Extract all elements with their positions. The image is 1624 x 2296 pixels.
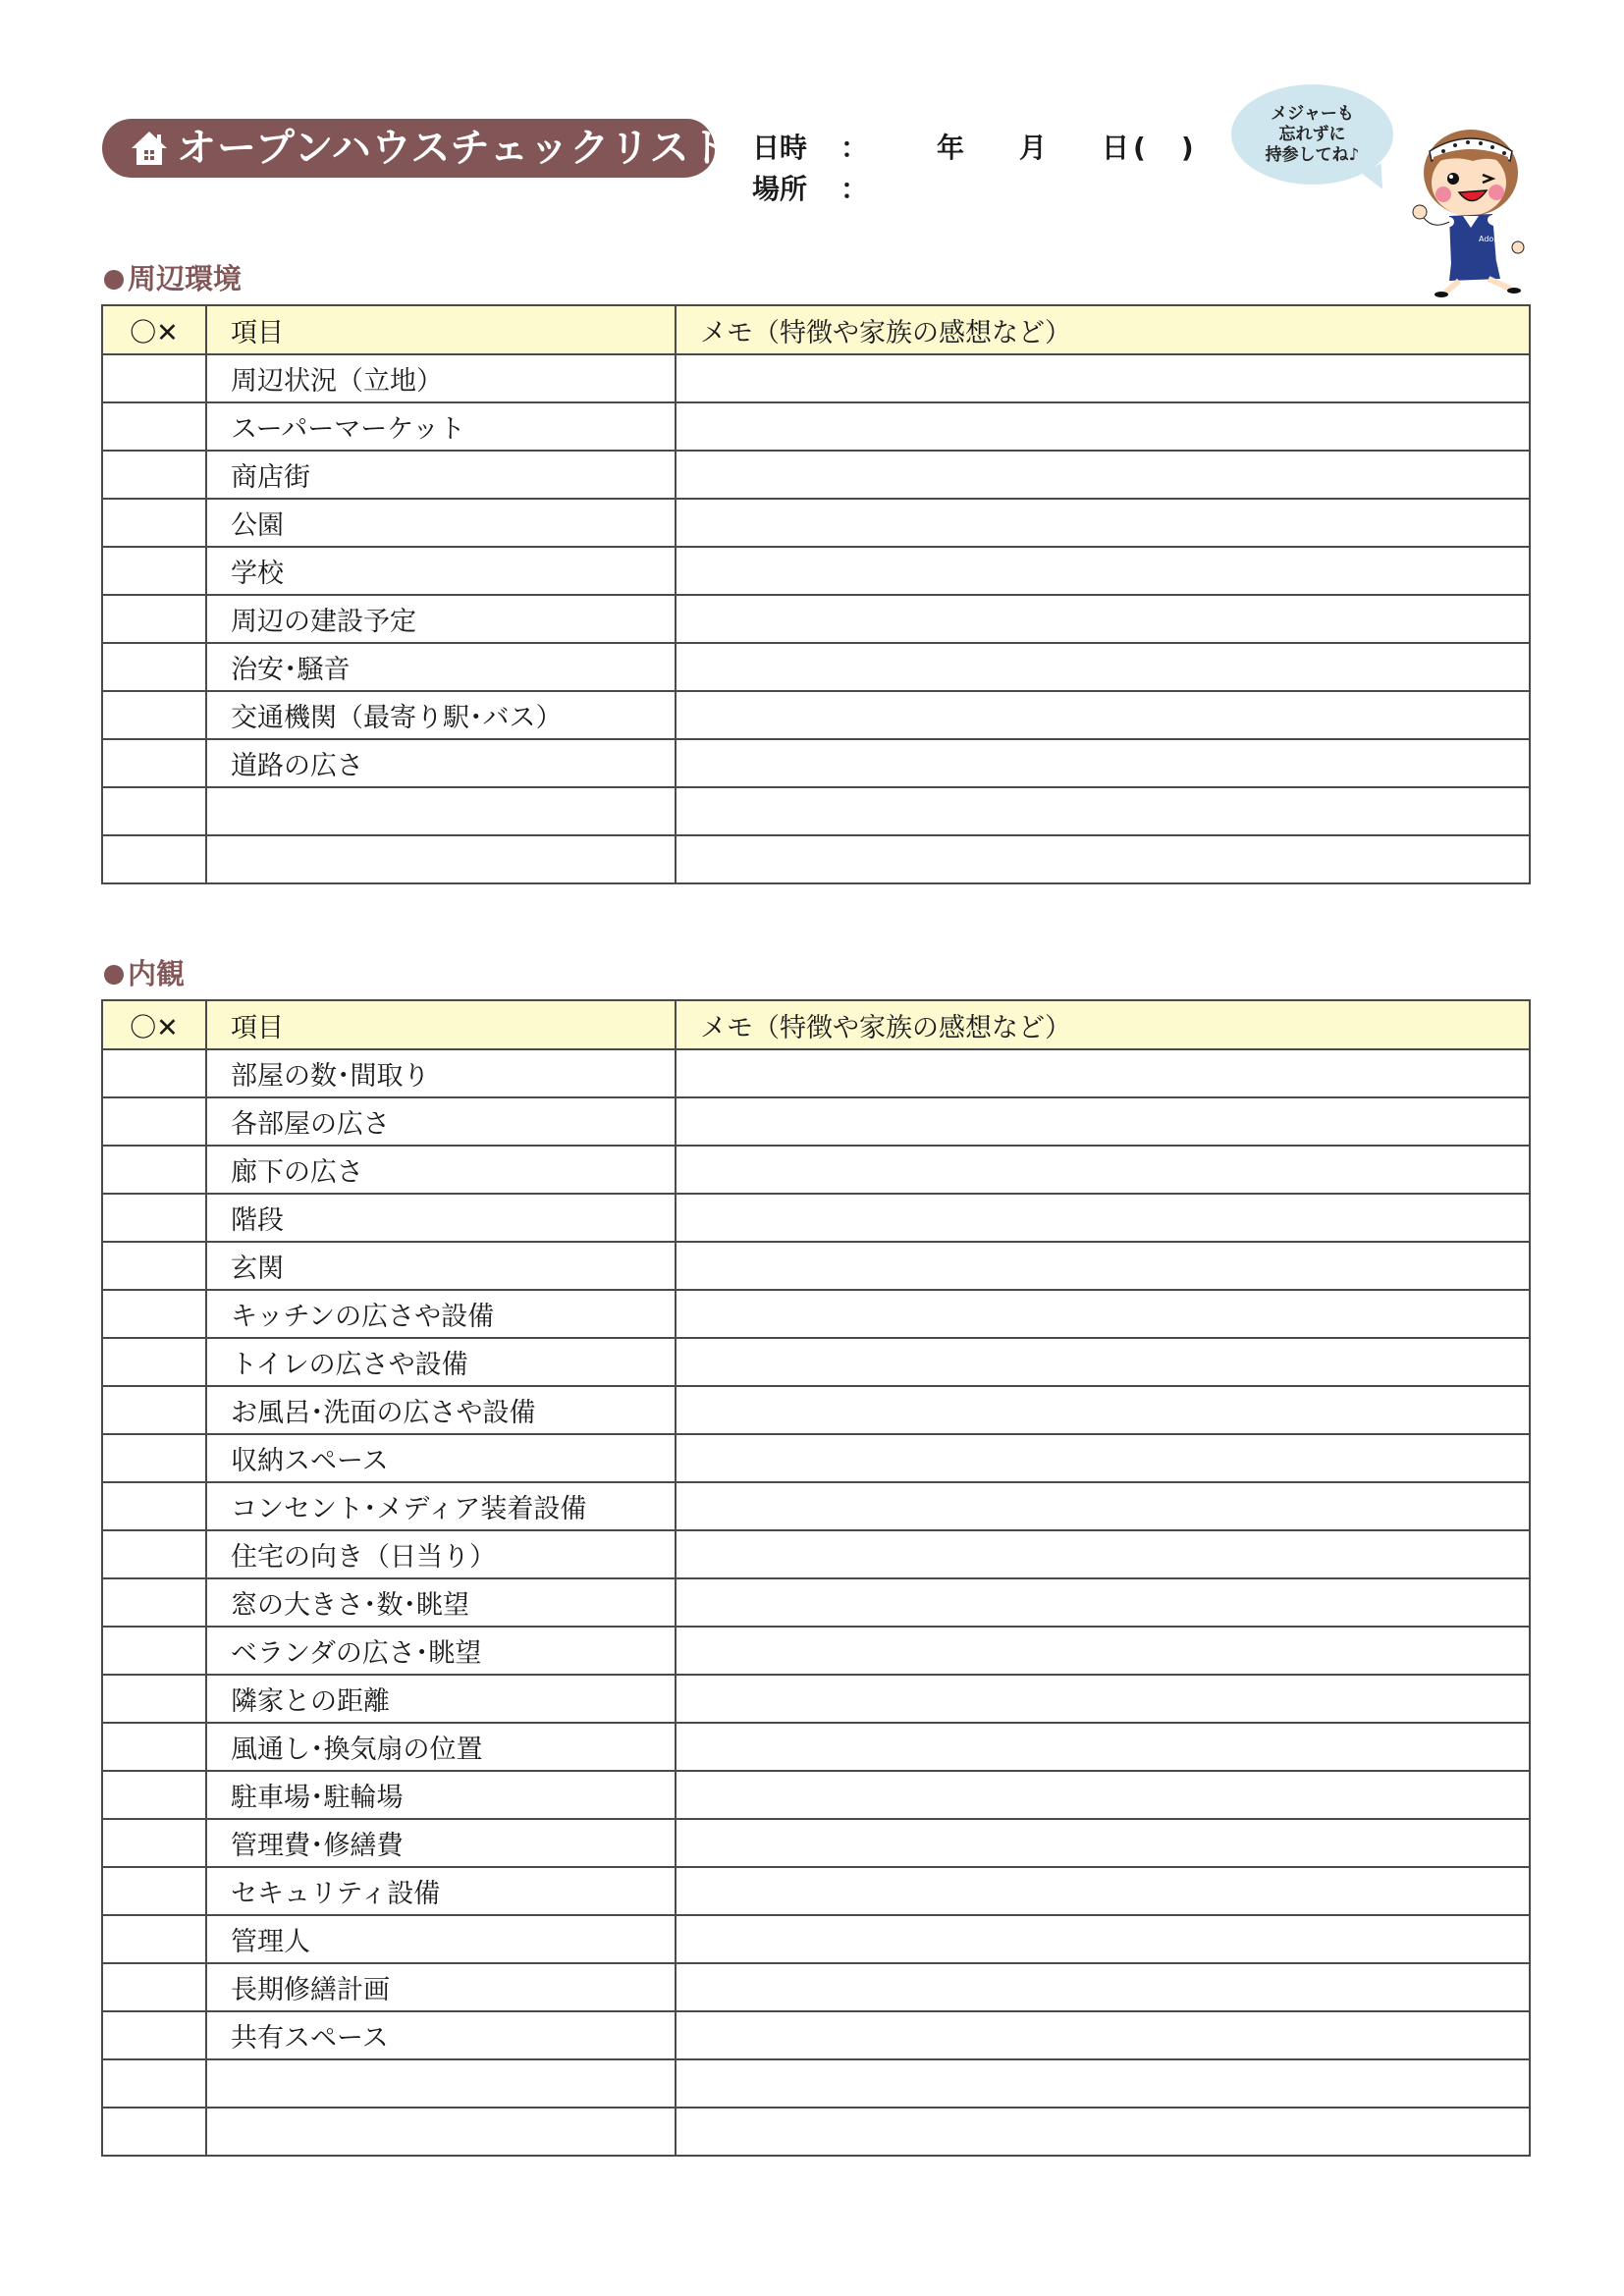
- mark-cell[interactable]: [102, 1819, 206, 1867]
- mascot-illustration: Adomi: [1394, 116, 1532, 297]
- checklist-table-surroundings: 〇✕ 項目 メモ（特徴や家族の感想など） 周辺状況（立地）スーパーマーケット商店…: [101, 304, 1531, 884]
- table-row: 道路の広さ: [102, 739, 1530, 787]
- mark-cell[interactable]: [102, 402, 206, 451]
- memo-cell[interactable]: [676, 787, 1530, 835]
- item-cell: 各部屋の広さ: [206, 1097, 676, 1146]
- mark-cell[interactable]: [102, 1578, 206, 1627]
- column-header-item: 項目: [206, 305, 676, 354]
- table-row: セキュリティ設備: [102, 1867, 1530, 1915]
- table-header-row: 〇✕ 項目 メモ（特徴や家族の感想など）: [102, 1000, 1530, 1049]
- item-cell: スーパーマーケット: [206, 402, 676, 451]
- memo-cell[interactable]: [676, 354, 1530, 402]
- table-row: [102, 2059, 1530, 2108]
- item-cell: 玄関: [206, 1242, 676, 1290]
- item-cell: 長期修繕計画: [206, 1963, 676, 2011]
- table-row: お風呂･洗面の広さや設備: [102, 1386, 1530, 1434]
- table-row: 玄関: [102, 1242, 1530, 1290]
- mark-cell[interactable]: [102, 835, 206, 883]
- memo-cell[interactable]: [676, 643, 1530, 691]
- table-row: [102, 787, 1530, 835]
- mark-cell[interactable]: [102, 547, 206, 595]
- table-row: 商店街: [102, 451, 1530, 499]
- table-row: 公園: [102, 499, 1530, 547]
- mark-cell[interactable]: [102, 2059, 206, 2108]
- table-row: [102, 2108, 1530, 2156]
- memo-cell[interactable]: [676, 1482, 1530, 1530]
- table-header-row: 〇✕ 項目 メモ（特徴や家族の感想など）: [102, 305, 1530, 354]
- mark-cell[interactable]: [102, 643, 206, 691]
- item-cell: トイレの広さや設備: [206, 1338, 676, 1386]
- item-cell: [206, 2059, 676, 2108]
- mark-cell[interactable]: [102, 2108, 206, 2156]
- mark-cell[interactable]: [102, 1915, 206, 1963]
- table-row: 窓の大きさ･数･眺望: [102, 1578, 1530, 1627]
- mark-cell[interactable]: [102, 451, 206, 499]
- table-row: 住宅の向き（日当り）: [102, 1530, 1530, 1578]
- item-cell: 収納スペース: [206, 1434, 676, 1482]
- memo-cell[interactable]: [676, 1578, 1530, 1627]
- page-title-banner: オープンハウスチェックリスト: [102, 119, 715, 178]
- item-cell: 階段: [206, 1194, 676, 1242]
- memo-cell[interactable]: [676, 1915, 1530, 1963]
- item-cell: 駐車場･駐輪場: [206, 1771, 676, 1819]
- mark-cell[interactable]: [102, 739, 206, 787]
- memo-cell[interactable]: [676, 2059, 1530, 2108]
- memo-cell[interactable]: [676, 1963, 1530, 2011]
- item-cell: コンセント･メディア装着設備: [206, 1482, 676, 1530]
- mark-cell[interactable]: [102, 1290, 206, 1338]
- bubble-line-3: 持参してね♪: [1266, 145, 1360, 166]
- item-cell: 周辺状況（立地）: [206, 354, 676, 402]
- mark-cell[interactable]: [102, 1146, 206, 1194]
- section-heading-interior: 内観: [104, 960, 185, 988]
- mark-cell[interactable]: [102, 1530, 206, 1578]
- mark-cell[interactable]: [102, 1097, 206, 1146]
- memo-cell[interactable]: [676, 1819, 1530, 1867]
- item-cell: 部屋の数･間取り: [206, 1049, 676, 1097]
- table-row: 階段: [102, 1194, 1530, 1242]
- bullet-icon: [104, 270, 124, 290]
- memo-cell[interactable]: [676, 1675, 1530, 1723]
- meta-fields: 日時 ： 年 月 日 ( ) 場所 ：: [752, 128, 1194, 210]
- memo-cell[interactable]: [676, 1434, 1530, 1482]
- page-title: オープンハウスチェックリスト: [177, 129, 731, 168]
- memo-cell[interactable]: [676, 595, 1530, 643]
- table-row: [102, 835, 1530, 883]
- memo-cell[interactable]: [676, 1723, 1530, 1771]
- table-row: 部屋の数･間取り: [102, 1049, 1530, 1097]
- memo-cell[interactable]: [676, 499, 1530, 547]
- column-header-memo: メモ（特徴や家族の感想など）: [676, 1000, 1530, 1049]
- house-icon: [130, 129, 169, 168]
- memo-cell[interactable]: [676, 1386, 1530, 1434]
- table-row: 治安･騒音: [102, 643, 1530, 691]
- table-row: トイレの広さや設備: [102, 1338, 1530, 1386]
- place-row: 場所 ：: [752, 169, 1194, 210]
- memo-cell[interactable]: [676, 1290, 1530, 1338]
- item-cell: [206, 787, 676, 835]
- table-row: キッチンの広さや設備: [102, 1290, 1530, 1338]
- day-label[interactable]: 日: [1102, 128, 1129, 169]
- memo-cell[interactable]: [676, 1867, 1530, 1915]
- table-row: 管理人: [102, 1915, 1530, 1963]
- weekday-close: ): [1181, 128, 1194, 169]
- table-row: 共有スペース: [102, 2011, 1530, 2059]
- item-cell: お風呂･洗面の広さや設備: [206, 1386, 676, 1434]
- section-heading-surroundings: 周辺環境: [104, 265, 242, 294]
- item-cell: 交通機関（最寄り駅･バス）: [206, 691, 676, 739]
- item-cell: 住宅の向き（日当り）: [206, 1530, 676, 1578]
- table-row: スーパーマーケット: [102, 402, 1530, 451]
- column-header-mark: 〇✕: [102, 305, 206, 354]
- memo-cell[interactable]: [676, 451, 1530, 499]
- table-row: ベランダの広さ･眺望: [102, 1627, 1530, 1675]
- checklist-table-interior: 〇✕ 項目 メモ（特徴や家族の感想など） 部屋の数･間取り各部屋の広さ廊下の広さ…: [101, 999, 1531, 2157]
- datetime-colon: ：: [840, 128, 880, 169]
- mark-cell[interactable]: [102, 1963, 206, 2011]
- item-cell: 管理費･修繕費: [206, 1819, 676, 1867]
- memo-cell[interactable]: [676, 1242, 1530, 1290]
- mark-cell[interactable]: [102, 1627, 206, 1675]
- item-cell: 周辺の建設予定: [206, 595, 676, 643]
- mark-cell[interactable]: [102, 499, 206, 547]
- mark-cell[interactable]: [102, 1338, 206, 1386]
- weekday-open: (: [1133, 128, 1146, 169]
- mark-cell[interactable]: [102, 595, 206, 643]
- item-cell: [206, 835, 676, 883]
- item-cell: セキュリティ設備: [206, 1867, 676, 1915]
- item-cell: 商店街: [206, 451, 676, 499]
- table-row: 廊下の広さ: [102, 1146, 1530, 1194]
- mark-cell[interactable]: [102, 354, 206, 402]
- place-colon[interactable]: ：: [840, 169, 880, 210]
- table-row: 各部屋の広さ: [102, 1097, 1530, 1146]
- item-cell: 窓の大きさ･数･眺望: [206, 1578, 676, 1627]
- bubble-line-1: メジャーも: [1271, 104, 1354, 125]
- table-row: コンセント･メディア装着設備: [102, 1482, 1530, 1530]
- memo-cell[interactable]: [676, 1338, 1530, 1386]
- table-row: 収納スペース: [102, 1434, 1530, 1482]
- item-cell: 管理人: [206, 1915, 676, 1963]
- column-header-item: 項目: [206, 1000, 676, 1049]
- column-header-memo: メモ（特徴や家族の感想など）: [676, 305, 1530, 354]
- table-row: 隣家との距離: [102, 1675, 1530, 1723]
- memo-cell[interactable]: [676, 1627, 1530, 1675]
- mark-cell[interactable]: [102, 1242, 206, 1290]
- memo-cell[interactable]: [676, 1530, 1530, 1578]
- mark-cell[interactable]: [102, 1434, 206, 1482]
- mark-cell[interactable]: [102, 1049, 206, 1097]
- mark-cell[interactable]: [102, 1194, 206, 1242]
- item-cell: 隣家との距離: [206, 1675, 676, 1723]
- mark-cell[interactable]: [102, 1723, 206, 1771]
- mascot-badge: Adomi: [1479, 235, 1503, 243]
- table-row: 周辺の建設予定: [102, 595, 1530, 643]
- memo-cell[interactable]: [676, 402, 1530, 451]
- mark-cell[interactable]: [102, 1482, 206, 1530]
- memo-cell[interactable]: [676, 1097, 1530, 1146]
- item-cell: ベランダの広さ･眺望: [206, 1627, 676, 1675]
- table-row: 交通機関（最寄り駅･バス）: [102, 691, 1530, 739]
- item-cell: 道路の広さ: [206, 739, 676, 787]
- item-cell: 公園: [206, 499, 676, 547]
- column-header-mark: 〇✕: [102, 1000, 206, 1049]
- section-heading-text: 内観: [128, 960, 185, 988]
- item-cell: 学校: [206, 547, 676, 595]
- mark-cell[interactable]: [102, 1771, 206, 1819]
- item-cell: 治安･騒音: [206, 643, 676, 691]
- memo-cell[interactable]: [676, 1146, 1530, 1194]
- mark-cell[interactable]: [102, 787, 206, 835]
- bullet-icon: [104, 965, 124, 985]
- table-row: 駐車場･駐輪場: [102, 1771, 1530, 1819]
- item-cell: 廊下の広さ: [206, 1146, 676, 1194]
- table-row: 学校: [102, 547, 1530, 595]
- memo-cell[interactable]: [676, 835, 1530, 883]
- memo-cell[interactable]: [676, 547, 1530, 595]
- memo-cell[interactable]: [676, 1194, 1530, 1242]
- mark-cell[interactable]: [102, 1867, 206, 1915]
- mark-cell[interactable]: [102, 1675, 206, 1723]
- mark-cell[interactable]: [102, 1386, 206, 1434]
- memo-cell[interactable]: [676, 2011, 1530, 2059]
- memo-cell[interactable]: [676, 2108, 1530, 2156]
- table-row: 風通し･換気扇の位置: [102, 1723, 1530, 1771]
- item-cell: 共有スペース: [206, 2011, 676, 2059]
- table-row: 周辺状況（立地）: [102, 354, 1530, 402]
- memo-cell[interactable]: [676, 739, 1530, 787]
- table-row: 長期修繕計画: [102, 1963, 1530, 2011]
- datetime-label: 日時: [752, 128, 840, 169]
- item-cell: [206, 2108, 676, 2156]
- mark-cell[interactable]: [102, 2011, 206, 2059]
- item-cell: キッチンの広さや設備: [206, 1290, 676, 1338]
- month-label[interactable]: 月: [1019, 128, 1047, 169]
- place-label: 場所: [752, 169, 840, 210]
- memo-cell[interactable]: [676, 691, 1530, 739]
- item-cell: 風通し･換気扇の位置: [206, 1723, 676, 1771]
- mark-cell[interactable]: [102, 691, 206, 739]
- bubble-line-2: 忘れずに: [1279, 125, 1346, 145]
- datetime-row: 日時 ： 年 月 日 ( ): [752, 128, 1194, 169]
- memo-cell[interactable]: [676, 1771, 1530, 1819]
- memo-cell[interactable]: [676, 1049, 1530, 1097]
- table-row: 管理費･修繕費: [102, 1819, 1530, 1867]
- year-label[interactable]: 年: [937, 128, 964, 169]
- section-heading-text: 周辺環境: [128, 265, 242, 294]
